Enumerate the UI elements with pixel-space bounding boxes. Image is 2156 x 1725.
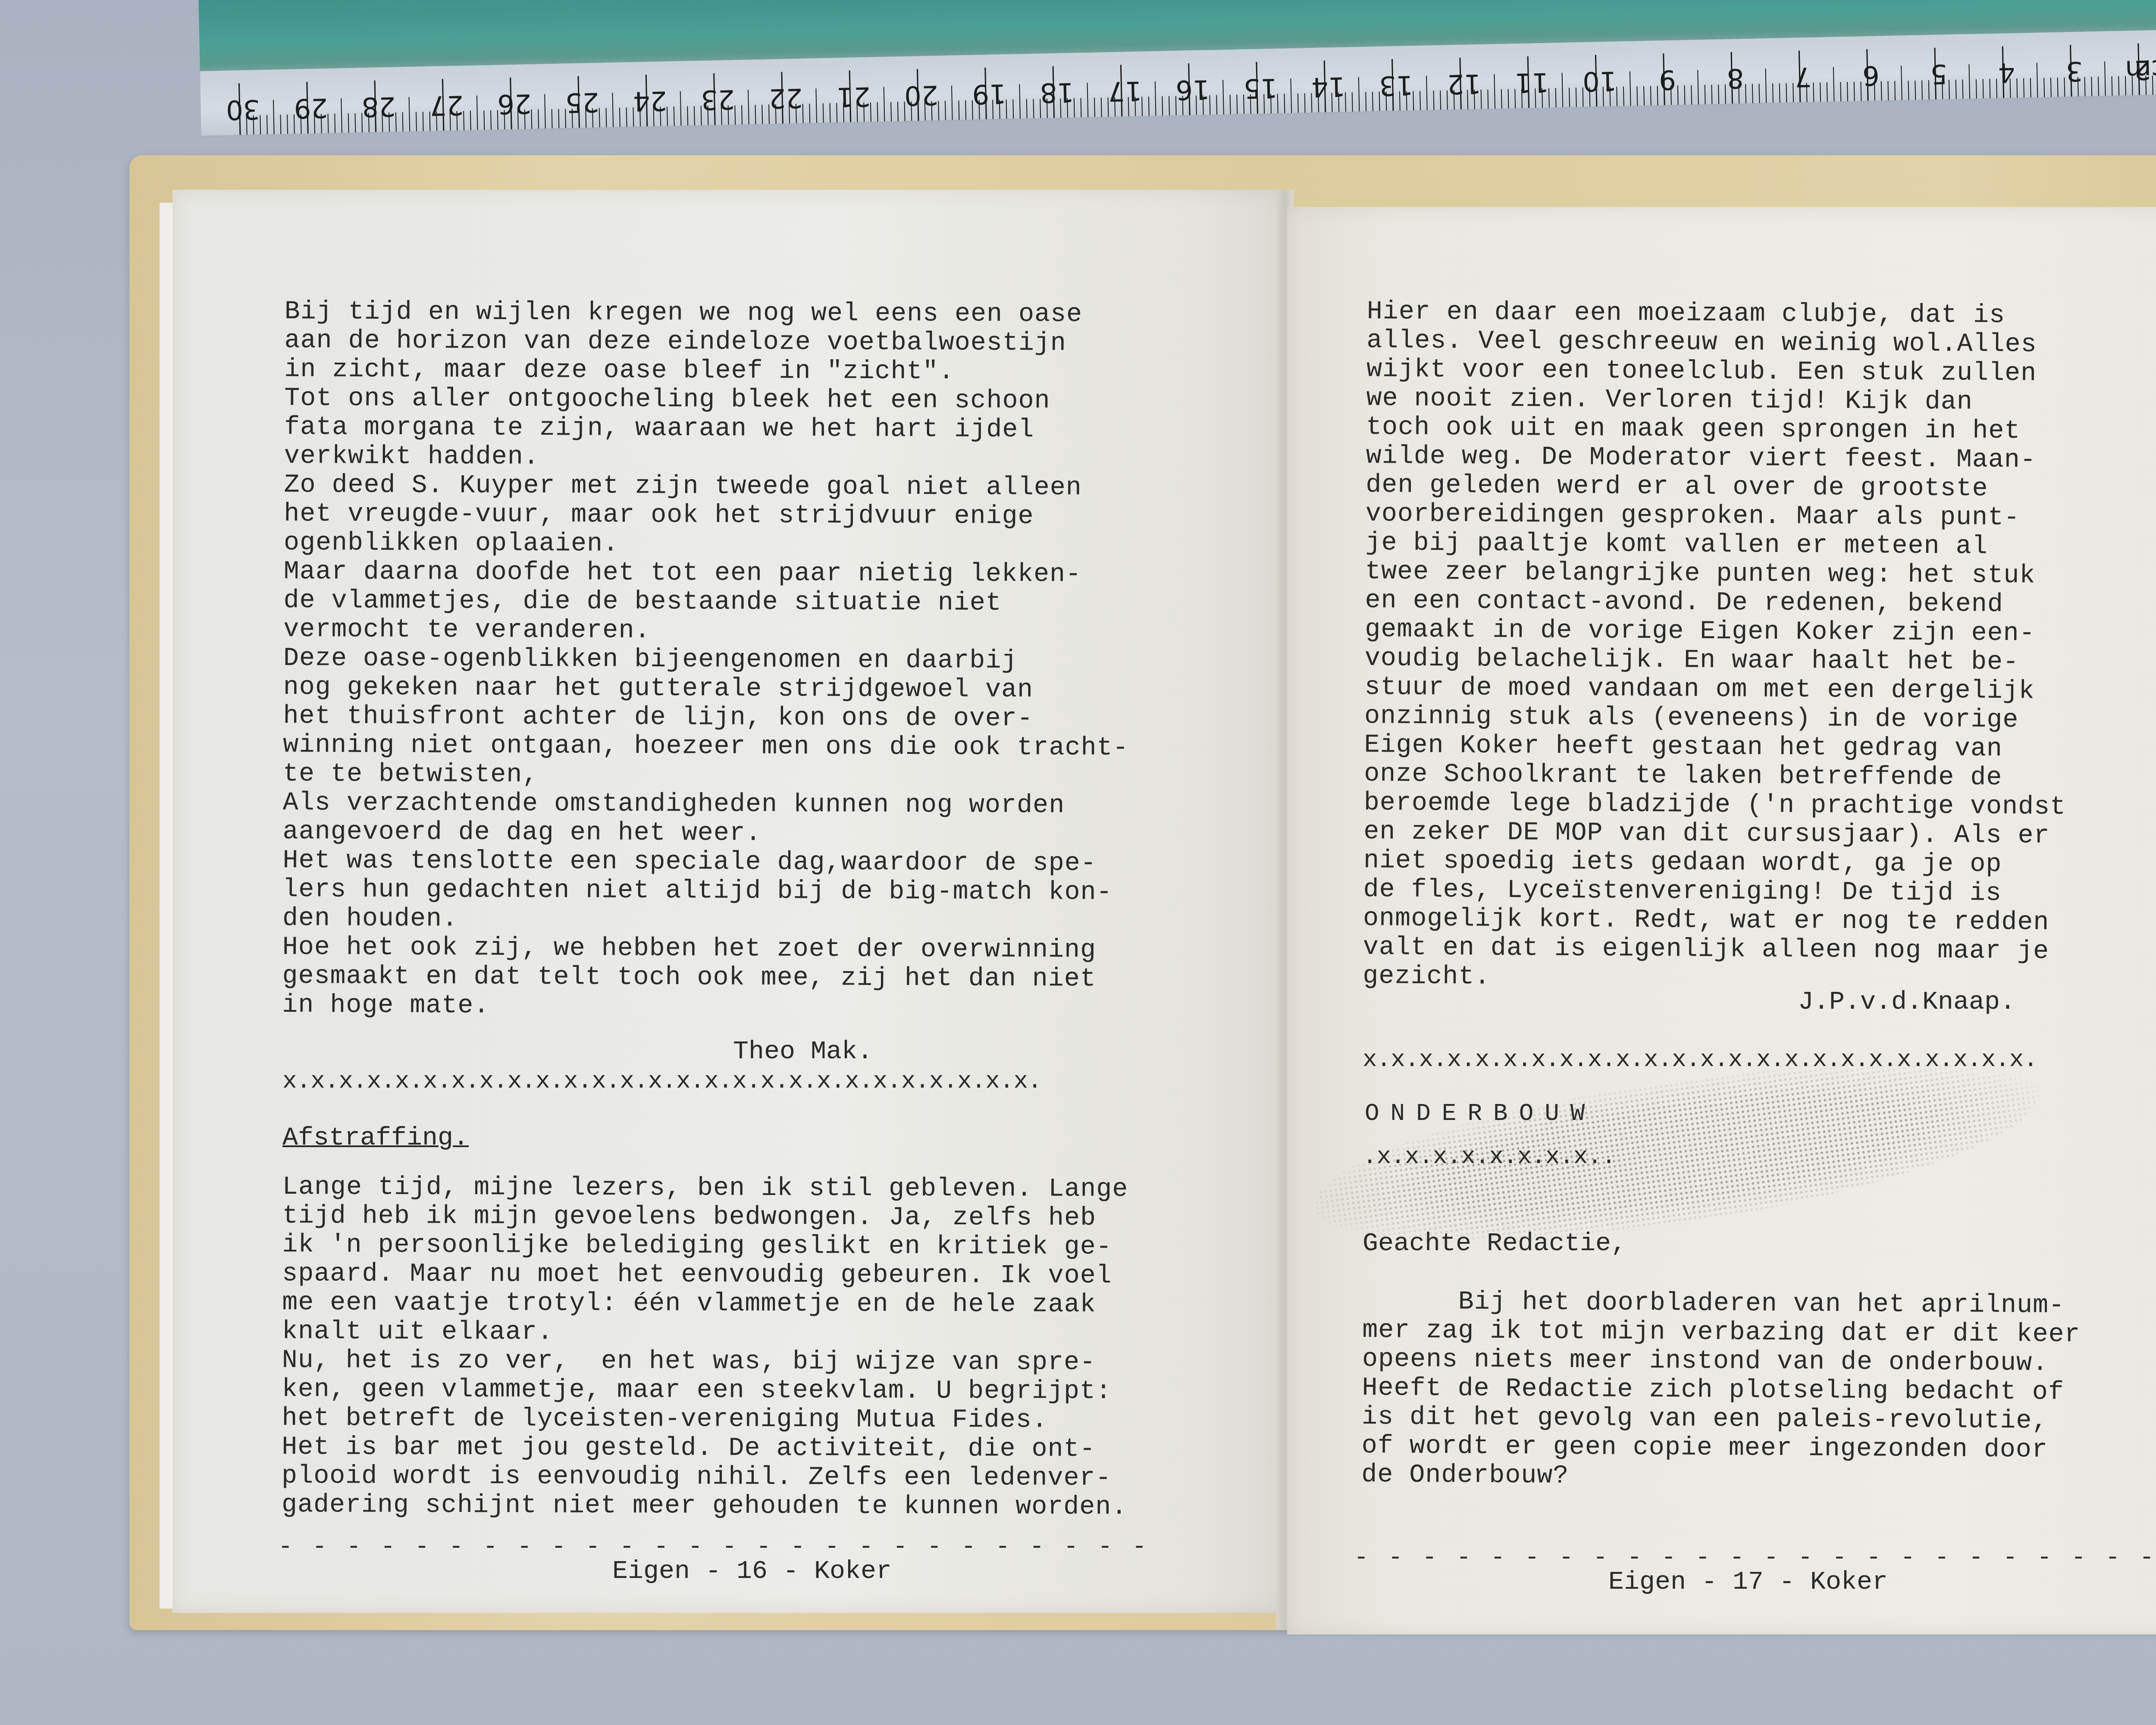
text-line: stuur de moed vandaan om met een dergeli…	[1364, 673, 2067, 706]
text-line: mer zag ik tot mijn verbazing dat er dit…	[1362, 1316, 2081, 1349]
article-afstraffing-body: Lange tijd, mijne lezers, ben ik stil ge…	[282, 1173, 1128, 1522]
text-line: je bij paaltje komt vallen er meteen al	[1365, 529, 2068, 562]
text-line: de vlammetjes, die de bestaande situatie…	[283, 586, 1129, 618]
text-line: fata morgana te zijn, waaraan we het har…	[284, 413, 1130, 445]
text-line: valt en dat is eigenlijk alleen nog maar…	[1363, 933, 2065, 966]
text-line: winning niet ontgaan, hoezeer men ons di…	[283, 731, 1129, 763]
text-line: Maar daarna doofde het tot een paar niet…	[284, 558, 1130, 590]
text-line: we nooit zien. Verloren tijd! Kijk dan	[1366, 384, 2068, 417]
ruler-number: 8	[1727, 63, 1744, 94]
ruler-number: 6	[1862, 60, 1880, 91]
ruler-number: 12	[1447, 68, 1481, 100]
text-line: ken, geen vlammetje, maar een steekvlam.…	[282, 1375, 1128, 1406]
ruler-number: 16	[1175, 74, 1210, 106]
heading-afstraffing: Afstraffing.	[282, 1123, 469, 1153]
text-line: aan de horizon van deze eindeloze voetba…	[285, 326, 1131, 358]
text-line: te te betwisten,	[283, 760, 1129, 792]
text-line: en zeker DE MOP van dit cursusjaar). Als…	[1363, 818, 2066, 851]
ruler-number: 24	[633, 85, 667, 117]
text-line: Het was tenslotte een speciale dag,waard…	[282, 847, 1128, 878]
text-line: Hoe het ook zij, we hebben het zoet der …	[282, 933, 1128, 965]
text-line: het thuisfront achter de lijn, kon ons d…	[283, 702, 1129, 734]
section-separator: .x.x.x.x.x.x.x.x..	[1363, 1143, 1616, 1170]
text-line: opeens niets meer instond van de onderbo…	[1362, 1345, 2081, 1378]
text-line: tijd heb ik mijn gevoelens bedwongen. Ja…	[282, 1202, 1128, 1233]
text-line: knalt uit elkaar.	[282, 1317, 1128, 1349]
text-line: wilde weg. De Moderator viert feest. Maa…	[1366, 442, 2068, 475]
ruler: DENMARK 30292827262524232221201918171615…	[198, 0, 2156, 134]
text-line: Hier en daar een moeizaam clubje, dat is	[1367, 298, 2069, 331]
ruler-number: 4	[1998, 57, 2015, 89]
text-line: de Onderbouw?	[1361, 1461, 2080, 1494]
text-line: niet spoedig iets gedaan wordt, ga je op	[1363, 847, 2066, 880]
text-line: Bij tijd en wijlen kregen we nog wel een…	[285, 298, 1131, 329]
footer-page-label-left: Eigen - 16 - Koker	[612, 1557, 892, 1586]
ruler-number: 26	[497, 88, 532, 120]
text-line: beroemde lege bladzijde ('n prachtige vo…	[1364, 789, 2066, 822]
ruler-number: 20	[904, 79, 939, 112]
text-line: is dit het gevolg van een paleis-revolut…	[1362, 1403, 2080, 1436]
text-line: Nu, het is zo ver, en het was, bij wijze…	[282, 1346, 1128, 1377]
text-line: in zicht, maar deze oase bleef in "zicht…	[284, 355, 1130, 387]
text-line: of wordt er geen copie meer ingezonden d…	[1362, 1432, 2080, 1465]
text-line: het vreugde-vuur, maar ook het strijdvuu…	[284, 500, 1130, 532]
text-line: vermocht te veranderen.	[283, 615, 1129, 647]
section-title-onderbouw: ONDERBOUW	[1365, 1100, 1596, 1127]
text-line: onmogelijk kort. Redt, wat er nog te red…	[1363, 904, 2065, 938]
signature-jp-vd-knaap: J.P.v.d.Knaap.	[1798, 988, 2015, 1017]
text-line: Bij het doorbladeren van het aprilnum-	[1363, 1287, 2081, 1320]
text-line: twee zeer belangrijke punten weg: het st…	[1365, 558, 2068, 591]
text-line: toch ook uit en maak geen sprongen in he…	[1366, 413, 2068, 446]
text-line: voorbereidingen gesproken. Maar als punt…	[1366, 500, 2068, 533]
text-line: lers hun gedachten niet altijd bij de bi…	[282, 875, 1128, 907]
text-line: wijkt voor een toneelclub. Een stuk zull…	[1366, 355, 2069, 389]
text-line: Lange tijd, mijne lezers, ben ik stil ge…	[282, 1173, 1128, 1204]
text-line: Eigen Koker heeft gestaan het gedrag van	[1364, 731, 2066, 764]
text-line: gemaakt in de vorige Eigen Koker zijn ee…	[1365, 615, 2067, 649]
text-line: Zo deed S. Kuyper met zijn tweede goal n…	[284, 471, 1130, 503]
text-line: Het is bar met jou gesteld. De activitei…	[282, 1433, 1127, 1464]
ruler-number: 18	[1040, 77, 1074, 109]
text-line: de fles, Lyceïstenvereniging! De tijd is	[1363, 875, 2065, 909]
signature-theo-mak: Theo Mak.	[733, 1037, 873, 1066]
ruler-number: 11	[1514, 66, 1549, 99]
text-line: onzinnig stuk als (eveneens) in de vorig…	[1364, 702, 2067, 735]
article-football-body: Bij tijd en wijlen kregen we nog wel een…	[282, 298, 1130, 1023]
ruler-number: 9	[1659, 64, 1677, 96]
article-lyceistenvereniging-body: Hier en daar een moeizaam clubje, dat is…	[1363, 298, 2069, 995]
footer-page-label-right: Eigen - 17 - Koker	[1608, 1568, 1888, 1597]
ruler-number: 13	[1379, 69, 1413, 102]
ruler-number: 7	[1794, 61, 1812, 93]
text-line: nog gekeken naar het gutterale strijdgew…	[283, 673, 1129, 705]
text-line: me een vaatje trotyl: één vlammetje en d…	[282, 1289, 1128, 1320]
text-line: gesmaakt en dat telt toch ook mee, zij h…	[282, 962, 1128, 994]
ruler-number: 3	[2065, 56, 2083, 88]
text-line: ik 'n persoonlijke belediging geslikt en…	[282, 1231, 1128, 1262]
text-line: ogenblikken oplaaien.	[284, 529, 1130, 561]
letter-salutation: Geachte Redactie,	[1363, 1229, 1626, 1258]
text-line: gadering schijnt niet meer gehouden te k…	[282, 1491, 1127, 1522]
ruler-number: 14	[1311, 71, 1345, 103]
text-line: Deze oase-ogenblikken bijeengenomen en d…	[283, 644, 1129, 676]
text-line: verkwikt hadden.	[284, 442, 1130, 474]
text-line: het betreft de lyceisten-vereniging Mutu…	[282, 1404, 1127, 1435]
text-line: Heeft de Redactie zich plotseling bedach…	[1362, 1374, 2080, 1407]
text-line: voudig belachelijk. En waar haalt het be…	[1365, 644, 2067, 677]
ruler-number: 5	[1930, 58, 1948, 90]
ruler-number: 29	[294, 92, 328, 125]
text-line: plooid wordt is eenvoudig nihil. Zelfs e…	[282, 1462, 1127, 1493]
text-line: den geleden werd er al over de grootste	[1366, 471, 2068, 504]
text-line: aangevoerd de dag en het weer.	[283, 818, 1129, 850]
ruler-number: 22	[768, 82, 803, 115]
text-line: alles. Veel geschreeuw en weinig wol.All…	[1366, 326, 2069, 360]
text-line: Tot ons aller ontgoocheling bleek het ee…	[284, 384, 1130, 416]
ruler-number: 15	[1243, 72, 1278, 105]
ruler-number: 28	[361, 91, 396, 123]
separator-x-line: x.x.x.x.x.x.x.x.x.x.x.x.x.x.x.x.x.x.x.x.…	[282, 1067, 1042, 1095]
text-line: in hoge mate.	[282, 991, 1128, 1023]
ruler-number: 25	[565, 87, 599, 119]
ruler-number: 23	[701, 84, 735, 116]
ruler-unit-label: cm	[2125, 53, 2156, 86]
text-line: en een contact-avond. De redenen, bekend	[1365, 586, 2067, 620]
text-line: spaard. Maar nu moet het eenvoudig gebeu…	[282, 1260, 1128, 1291]
ruler-number: 30	[226, 94, 260, 126]
text-line: onze Schoolkrant te laken betreffende de	[1364, 760, 2066, 793]
ruler-number: 27	[429, 89, 464, 122]
ruler-number: 17	[1107, 75, 1142, 107]
ruler-number: 10	[1583, 65, 1617, 97]
text-line: Als verzachtende omstandigheden kunnen n…	[283, 789, 1129, 821]
letter-body: Bij het doorbladeren van het aprilnum-me…	[1361, 1287, 2081, 1494]
text-line: den houden.	[282, 904, 1128, 936]
ruler-number: 19	[972, 78, 1006, 110]
ruler-number: 21	[836, 81, 871, 113]
